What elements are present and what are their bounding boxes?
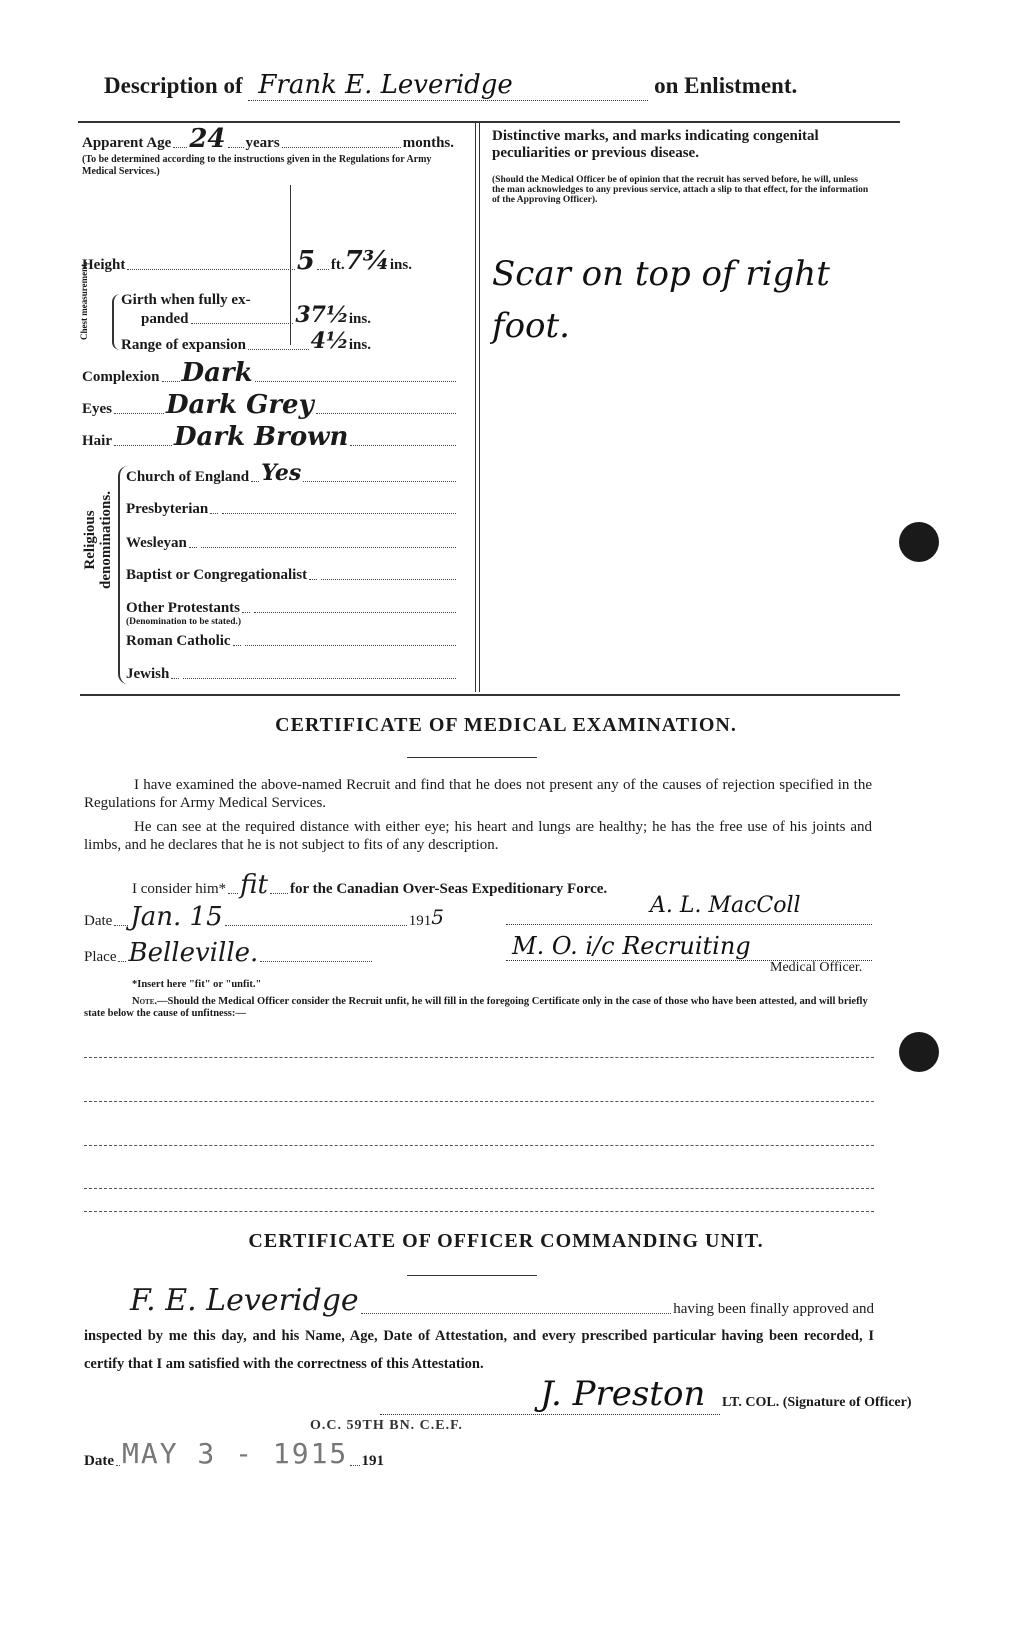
recruit-name-field[interactable]: Frank E. Leveridge (248, 70, 648, 101)
marks-value-1: Scar on top of right (492, 248, 830, 300)
medical-date-row: Date Jan. 15 191 5 (84, 900, 444, 930)
commanding-officer-signature[interactable]: J. Preston (540, 1374, 705, 1414)
years-label: years (246, 135, 280, 152)
religion-label-2: denominations. (98, 470, 114, 610)
other-protestants-note: (Denomination to be stated.) (126, 617, 241, 627)
signature-label: (Signature of Officer) (783, 1395, 912, 1410)
note-text: —Should the Medical Officer consider the… (84, 996, 868, 1019)
commanding-date-stamp[interactable]: MAY 3 - 1915 (122, 1437, 348, 1470)
section-rule (80, 694, 900, 696)
medical-para-2: He can see at the required distance with… (84, 818, 872, 854)
title-suffix: on Enlistment. (654, 73, 797, 98)
fit-field[interactable]: fit (240, 872, 268, 898)
form-title: Description of Frank E. Leveridge on Enl… (104, 70, 797, 101)
top-rule (78, 121, 900, 123)
consider-suffix: for the Canadian Over-Seas Expeditionary… (290, 881, 607, 898)
marks-heading-2: peculiarities or previous disease. (492, 145, 819, 162)
religion-label: Baptist or Congregationalist (126, 567, 307, 584)
medical-place-row: Place Belleville. (84, 934, 374, 966)
hair-row: Hair Dark Brown (82, 422, 458, 450)
religion-row: Jewish (126, 661, 458, 683)
months-label: months. (403, 135, 454, 152)
girth-row: panded 37½ ins. (141, 306, 371, 328)
medical-officer-signature[interactable]: A. L. MacColl (650, 893, 801, 918)
unfitness-line[interactable] (84, 1101, 874, 1102)
religion-label-1: Religious (82, 470, 98, 610)
medical-note: Note.—Should the Medical Officer conside… (84, 996, 874, 1020)
punch-hole (899, 522, 939, 562)
unfitness-line[interactable] (84, 1057, 874, 1058)
ft-label: ft. (331, 257, 345, 274)
height-row: Height 5 ft. 7¾ ins. (82, 248, 412, 274)
religion-row: Wesleyan (126, 530, 458, 552)
medical-signature-line (506, 924, 872, 925)
age-years-field[interactable]: 24 (189, 126, 225, 152)
range-row: Range of expansion 4½ ins. (121, 332, 371, 354)
medical-date-field[interactable]: Jan. 15 (130, 904, 222, 930)
commanding-heading: CERTIFICATE OF OFFICER COMMANDING UNIT. (0, 1230, 1012, 1253)
complexion-label: Complexion (82, 369, 160, 386)
eyes-label: Eyes (82, 401, 112, 418)
commanding-date-label: Date (84, 1453, 114, 1470)
consider-label: I consider him* (132, 881, 226, 898)
religion-value-field[interactable]: Yes (261, 460, 301, 486)
girth-label-2: panded (141, 311, 189, 328)
recruit-signature[interactable]: F. E. Leveridge (130, 1284, 359, 1318)
fit-footnote: *Insert here "fit" or "unfit." (132, 979, 261, 990)
chest-brace (112, 294, 120, 350)
marks-heading-1: Distinctive marks, and marks indicating … (492, 128, 819, 145)
religion-label: Other Protestants (126, 600, 240, 617)
girth-ins-label: ins. (349, 311, 371, 328)
religion-row: Baptist or Congregationalist (126, 562, 458, 584)
commanding-date-row: Date MAY 3 - 1915 191 (84, 1436, 384, 1470)
punch-hole (899, 1032, 939, 1072)
unfitness-line[interactable] (84, 1188, 874, 1189)
ins-label: ins. (390, 257, 412, 274)
officer-rank-row: LT. COL. (Signature of Officer) (722, 1395, 912, 1411)
height-in-field[interactable]: 7¾ (345, 248, 390, 274)
hair-field[interactable]: Dark Brown (174, 424, 348, 450)
column-divider (475, 122, 476, 692)
marks-field[interactable]: Scar on top of right foot. (492, 248, 830, 352)
medical-heading: CERTIFICATE OF MEDICAL EXAMINATION. (0, 714, 1012, 737)
religion-label: Religious denominations. (82, 470, 114, 610)
commanding-para: inspected by me this day, and his Name, … (84, 1322, 874, 1378)
marks-note: (Should the Medical Officer be of opinio… (492, 175, 872, 205)
religion-row: Other Protestants (126, 595, 458, 617)
hair-label: Hair (82, 433, 112, 450)
age-row: Apparent Age 24 years months. (82, 126, 454, 152)
eyes-row: Eyes Dark Grey (82, 390, 458, 418)
range-label: Range of expansion (121, 337, 246, 354)
unfitness-line[interactable] (84, 1211, 874, 1212)
religion-label: Roman Catholic (126, 633, 231, 650)
officer-signature-line (380, 1414, 720, 1415)
commanding-year-prefix: 191 (362, 1453, 385, 1470)
religion-row: Presbyterian (126, 496, 458, 518)
religion-label: Presbyterian (126, 501, 208, 518)
complexion-field[interactable]: Dark (182, 360, 253, 386)
note-label: Note. (132, 996, 157, 1007)
medical-place-label: Place (84, 949, 116, 966)
column-divider-2 (479, 122, 480, 692)
complexion-row: Complexion Dark (82, 358, 458, 386)
height-ft-field[interactable]: 5 (297, 248, 315, 274)
medical-place-field[interactable]: Belleville. (128, 940, 258, 966)
range-ins-label: ins. (349, 337, 371, 354)
chest-label: Chest measurement. (80, 290, 89, 340)
recruit-approval-row: F. E. Leveridge having been finally appr… (130, 1282, 874, 1318)
medical-officer-title[interactable]: M. O. i/c Recruiting (512, 932, 751, 960)
religion-label: Wesleyan (126, 535, 187, 552)
girth-value-field[interactable]: 37½ (295, 302, 349, 328)
medical-year-prefix: 191 (409, 913, 432, 930)
medical-officer-label: Medical Officer. (770, 960, 862, 976)
medical-date-label: Date (84, 913, 112, 930)
religion-label: Jewish (126, 666, 169, 683)
unit-stamp: O.C. 59TH BN. C.E.F. (310, 1418, 463, 1434)
age-label: Apparent Age (82, 135, 171, 152)
rank-label: LT. COL. (722, 1395, 779, 1410)
range-value-field[interactable]: 4½ (311, 328, 349, 354)
eyes-field[interactable]: Dark Grey (166, 392, 314, 418)
heading-ornament (407, 757, 537, 758)
age-note: (To be determined according to the instr… (82, 154, 457, 178)
unfitness-line[interactable] (84, 1145, 874, 1146)
religion-row: Church of EnglandYes (126, 464, 458, 486)
approval-text: having been finally approved and (673, 1301, 874, 1318)
religion-row: Roman Catholic (126, 628, 458, 650)
medical-para-1: I have examined the above-named Recruit … (84, 776, 872, 812)
heading-ornament-2 (407, 1275, 537, 1276)
religion-label: Church of England (126, 469, 249, 486)
marks-heading: Distinctive marks, and marks indicating … (492, 128, 819, 162)
marks-value-2: foot. (492, 300, 830, 352)
medical-year-field[interactable]: 5 (431, 904, 444, 930)
title-prefix: Description of (104, 73, 243, 98)
